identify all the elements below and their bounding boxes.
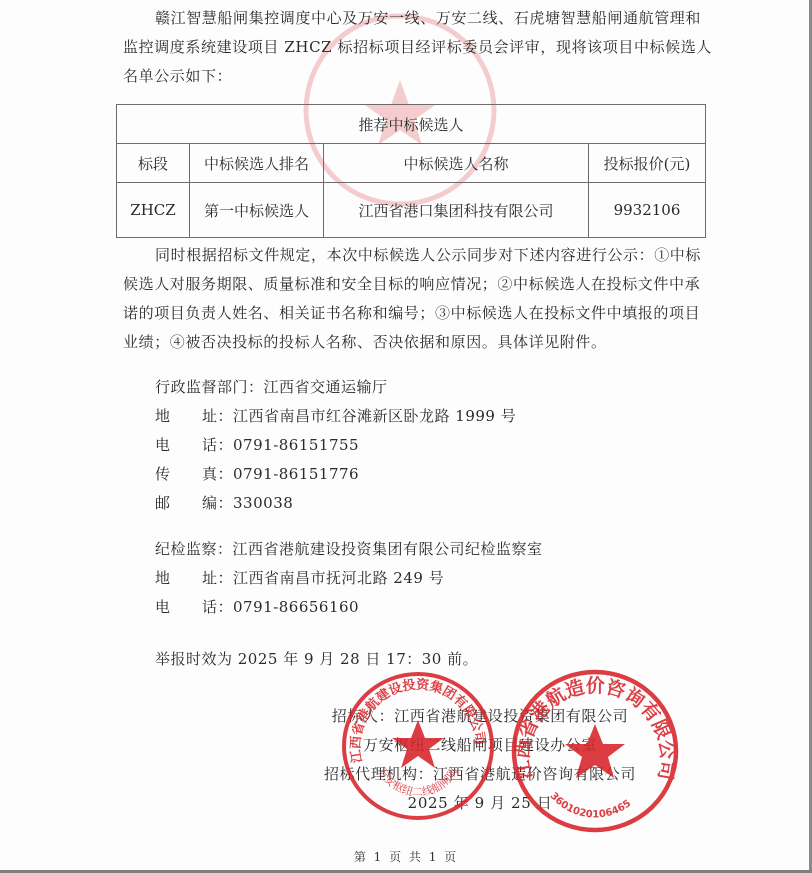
tenderer-office: 万安枢纽二线船闸项目建设办公室 (300, 731, 660, 760)
admin-phone-label-2: 话： (202, 431, 233, 460)
admin-zip: 330038 (233, 489, 293, 518)
discipline-phone-label-2: 话： (202, 593, 233, 622)
admin-supervision-block: 行政监督部门：江西省交通运输厅 地址：江西省南昌市红谷滩新区卧龙路 1999 号… (155, 373, 516, 518)
admin-zip-label-2: 编： (202, 489, 233, 518)
notice-text: 同时根据招标文件规定，本次中标候选人公示同步对下述内容进行公示：①中标候选人对服… (123, 246, 701, 351)
admin-value: 江西省交通运输厅 (264, 373, 388, 402)
table-row: ZHCZ 第一中标候选人 江西省港口集团科技有限公司 9932106 (117, 183, 706, 238)
discipline-value: 江西省港航建设投资集团有限公司纪检监察室 (233, 535, 543, 564)
candidate-table: 推荐中标候选人 标段 中标候选人排名 中标候选人名称 投标报价(元) ZHCZ … (116, 104, 706, 238)
admin-fax-label-1: 传 (155, 460, 202, 489)
table-header-row: 标段 中标候选人排名 中标候选人名称 投标报价(元) (117, 144, 706, 183)
admin-address-label-1: 地 (155, 402, 202, 431)
intro-text: 赣江智慧船闸集控调度中心及万安一线、万安二线、石虎塘智慧船闸通航管理和监控调度系… (123, 9, 712, 85)
cell-name: 江西省港口集团科技有限公司 (324, 183, 589, 238)
header-bid-price: 投标报价(元) (589, 144, 706, 183)
cell-bid-price: 9932106 (589, 183, 706, 238)
table-title: 推荐中标候选人 (117, 105, 706, 144)
admin-address: 江西省南昌市红谷滩新区卧龙路 1999 号 (233, 402, 516, 431)
admin-zip-label-1: 邮 (155, 489, 202, 518)
discipline-address-label-2: 址： (202, 564, 233, 593)
admin-address-label-2: 址： (202, 402, 233, 431)
tender-agency: 招标代理机构：江西省港航造价咨询有限公司 (300, 760, 660, 789)
report-deadline: 举报时效为 2025 年 9 月 28 日 17：30 前。 (155, 645, 478, 674)
tenderer: 招标人：江西省港航建设投资集团有限公司 (300, 702, 660, 731)
discipline-address: 江西省南昌市抚河北路 249 号 (233, 564, 444, 593)
admin-fax-label-2: 真： (202, 460, 233, 489)
admin-phone: 0791-86151755 (233, 431, 359, 460)
signature-date: 2025 年 9 月 25 日 (300, 789, 660, 818)
page-footer: 第 1 页 共 1 页 (0, 848, 812, 865)
admin-label: 行政监督部门： (155, 373, 264, 402)
header-section: 标段 (117, 144, 190, 183)
admin-fax: 0791-86151776 (233, 460, 359, 489)
header-name: 中标候选人名称 (324, 144, 589, 183)
notice-paragraph: 同时根据招标文件规定，本次中标候选人公示同步对下述内容进行公示：①中标候选人对服… (123, 241, 715, 357)
signature-block: 招标人：江西省港航建设投资集团有限公司 万安枢纽二线船闸项目建设办公室 招标代理… (300, 702, 660, 818)
header-rank: 中标候选人排名 (190, 144, 324, 183)
discipline-phone-label-1: 电 (155, 593, 202, 622)
discipline-label: 纪检监察： (155, 535, 233, 564)
discipline-address-label-1: 地 (155, 564, 202, 593)
admin-phone-label-1: 电 (155, 431, 202, 460)
cell-section: ZHCZ (117, 183, 190, 238)
discipline-block: 纪检监察：江西省港航建设投资集团有限公司纪检监察室 地址：江西省南昌市抚河北路 … (155, 535, 543, 622)
intro-paragraph: 赣江智慧船闸集控调度中心及万安一线、万安二线、石虎塘智慧船闸通航管理和监控调度系… (123, 4, 715, 91)
discipline-phone: 0791-86656160 (233, 593, 359, 622)
document-page: 赣江智慧船闸集控调度中心及万安一线、万安二线、石虎塘智慧船闸通航管理和监控调度系… (0, 0, 812, 873)
cell-rank: 第一中标候选人 (190, 183, 324, 238)
